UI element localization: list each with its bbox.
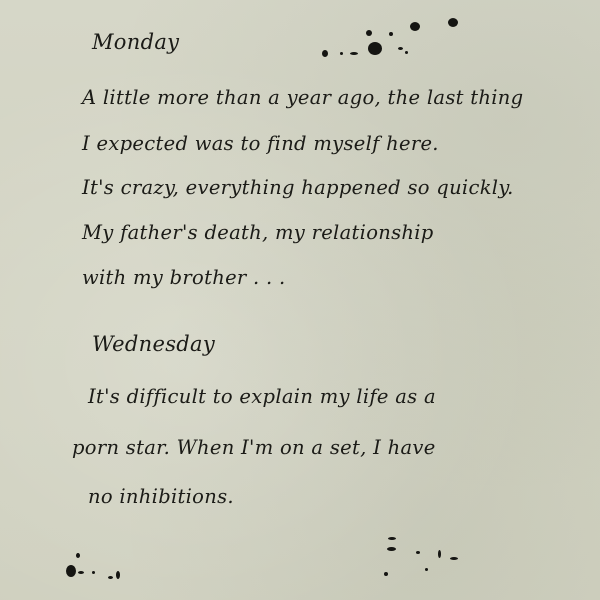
entry-line: I expected was to find myself here. [82,132,439,155]
entry-line: porn star. When I'm on a set, I have [72,436,436,459]
entry-line: It's crazy, everything happened so quick… [82,176,514,199]
entry-line: A little more than a year ago, the last … [82,86,523,109]
entry-line: with my brother . . . [82,266,286,289]
entry-line: no inhibitions. [88,485,234,508]
entry-day-wednesday: Wednesday [92,332,215,356]
entry-line: My father's death, my relationship [82,221,434,244]
entry-day-monday: Monday [92,30,179,54]
entry-line: It's difficult to explain my life as a [88,385,436,408]
